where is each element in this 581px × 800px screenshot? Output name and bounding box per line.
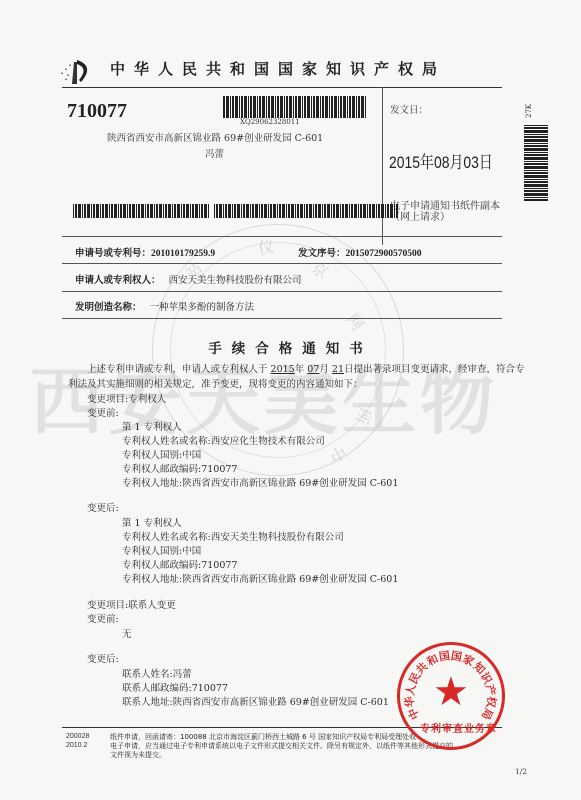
seal-bottom-text: 专利审查业务章 — [420, 720, 497, 735]
serial-number-label: 发文序号： — [298, 248, 346, 259]
request-day: 21 — [332, 364, 344, 375]
intro-prefix: 上述专利申请或专利，申请人或专利权人于 — [87, 364, 268, 375]
change-1-before-line: 第 1 专利权人 — [122, 421, 182, 435]
invention-title: 一种苹果多酚的制备方法 — [150, 302, 255, 313]
notice-intro-line-2: 利法及其实施细则的相关规定，准予变更，现将变更的内容通知如下： — [68, 378, 363, 392]
year-unit: 年 — [295, 364, 305, 375]
header-rule — [62, 87, 502, 88]
notice-intro-line-1: 上述专利申请或专利，申请人或专利权人于 2015年 07月 21日提出著录项目变… — [87, 363, 525, 377]
change-1-before-line: 专利权人姓名或名称:西安应化生物技术有限公司 — [122, 435, 325, 449]
mailing-postcode: 710077 — [67, 100, 127, 123]
change-2-before-label: 变更前: — [87, 613, 119, 627]
month-unit: 月 — [319, 364, 329, 375]
mailing-barcode — [223, 96, 367, 118]
invention-row: 发明创造名称：一种苹果多酚的制备方法 — [75, 299, 254, 313]
application-number-row: 申请号或专利号：201010179259.9 — [75, 245, 215, 259]
meta-rule-2 — [62, 291, 502, 292]
copy-note: 电子申请通知书纸件副本（网上请求） — [390, 201, 500, 223]
footer-line-1: 纸件申请，回函请寄：100088 北京市海淀区蓟门桥西土城路 6 号 国家知识产… — [110, 733, 416, 742]
footer-line-3: 文件视为未提交。 — [110, 751, 166, 760]
change-1-before-line: 专利权人国别:中国 — [122, 449, 201, 463]
change-item-1: 变更项目:专利权人 — [87, 393, 166, 407]
barcode-rule — [62, 236, 502, 237]
change-1-before-label: 变更前: — [87, 407, 119, 421]
issue-date: 2015年08月03日 — [389, 148, 493, 173]
document-barcode-2 — [214, 204, 399, 218]
cnipa-logo-icon — [57, 52, 97, 86]
meta-rule-3 — [62, 318, 502, 319]
change-1-before-line: 专利权人邮政编码:710077 — [122, 463, 237, 477]
intro-suffix: 日提出著录项目变更请求，经审查，符合专 — [344, 364, 525, 375]
application-number: 201010179259.9 — [151, 249, 215, 259]
side-barcode — [524, 125, 548, 202]
change-1-after-label: 变更后: — [87, 502, 119, 516]
change-2-after-line: 联系人邮政编码:710077 — [122, 682, 228, 696]
mailing-recipient: 冯蕾 — [205, 146, 224, 160]
document-barcode-1 — [73, 204, 210, 218]
change-2-before-line: 无 — [122, 628, 132, 642]
seal-star-icon: ★ — [433, 672, 469, 712]
request-year: 2015 — [271, 364, 295, 375]
change-1-after-line: 专利权人邮政编码:710077 — [122, 559, 237, 573]
form-date: 2010.2 — [66, 742, 87, 749]
header-divider — [382, 87, 383, 245]
mailing-barcode-label: XQ29062328011 — [240, 118, 300, 126]
change-1-before-line: 专利权人地址:陕西省西安市高新区锦业路 69#创业研发园 C-601 — [122, 477, 398, 491]
application-number-label: 申请号或专利号： — [75, 248, 151, 259]
footer-line-2: 电子申请，应当通过电子专利申请系统以电子文件形式提交相关文件。除另有规定外，以纸… — [110, 742, 453, 751]
serial-number-row: 发文序号：2015072900570500 — [298, 245, 422, 259]
invention-label: 发明创造名称： — [75, 302, 142, 313]
change-2-after-line: 联系人地址:陕西省西安市高新区锦业路 69#创业研发园 C-601 — [122, 696, 389, 710]
mailing-address: 陕西省西安市高新区锦业路 69#创业研发园 C-601 — [107, 130, 323, 144]
change-item-2: 变更项目:联系人变更 — [87, 599, 176, 613]
issue-date-label: 发文日： — [390, 102, 428, 116]
applicant-name: 西安天美生物科技股份有限公司 — [169, 275, 302, 286]
page-number: 1/2 — [515, 767, 527, 776]
form-code: 200028 — [66, 733, 89, 740]
request-month: 07 — [307, 364, 319, 375]
applicant-row: 申请人或专利权人：西安天美生物科技股份有限公司 — [75, 272, 302, 286]
change-2-after-line: 联系人姓名:冯蕾 — [122, 668, 192, 682]
side-code: 27K — [525, 104, 533, 118]
change-2-after-label: 变更后: — [87, 653, 119, 667]
notice-title: 手续合格通知书 — [0, 337, 581, 357]
seal-ring-char: 华 — [401, 696, 418, 709]
change-1-after-line: 专利权人国别:中国 — [122, 545, 201, 559]
change-1-after-line: 第 1 专利权人 — [122, 517, 182, 531]
serial-number: 2015072900570500 — [346, 249, 422, 259]
change-1-after-line: 专利权人姓名或名称:西安天美生物科技股份有限公司 — [122, 531, 344, 545]
applicant-label: 申请人或专利权人： — [75, 275, 161, 286]
office-title: 中华人民共和国国家知识产权局 — [110, 58, 446, 79]
watermark-ring-char: 仪 — [256, 234, 275, 259]
change-1-after-line: 专利权人地址:陕西省西安市高新区锦业路 69#创业研发园 C-601 — [122, 573, 398, 587]
seal-ring-char: 产 — [482, 683, 500, 697]
meta-rule-1 — [62, 263, 502, 264]
